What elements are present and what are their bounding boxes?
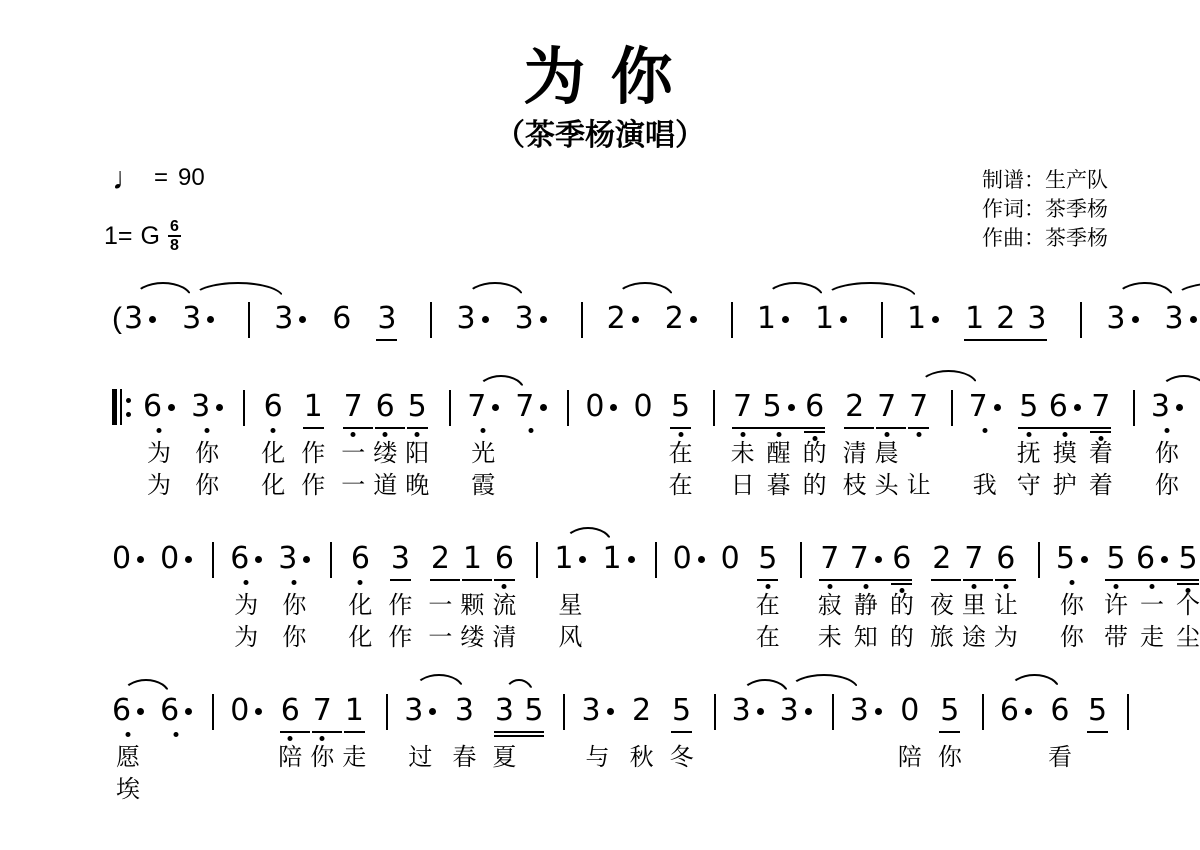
note-number: 6 bbox=[230, 542, 249, 576]
note-number: 6 bbox=[892, 542, 911, 576]
song-title: 为 你 bbox=[0, 42, 1200, 114]
notes-row: (3336333221111233333) bbox=[112, 280, 1200, 350]
note-number: 3 bbox=[1151, 390, 1170, 424]
augmentation-dot bbox=[607, 708, 614, 715]
augmentation-dot bbox=[185, 556, 192, 563]
note: 5你 bbox=[938, 694, 962, 806]
note-number: 6 bbox=[1049, 390, 1068, 424]
note: 6一走 bbox=[1136, 542, 1168, 654]
low-octave-dot bbox=[776, 432, 781, 437]
header-meta: ♩ = 90 1= G 6 8 制谱：生产队 作词：茶季杨 作曲：茶季杨 bbox=[0, 158, 1200, 258]
augmentation-dot bbox=[540, 316, 547, 323]
key-prefix: 1= bbox=[104, 222, 133, 251]
lyric-verse2: 枝 bbox=[843, 470, 867, 502]
note-number: 1 bbox=[907, 302, 926, 336]
note-number: 7 bbox=[969, 390, 988, 424]
music-line-2: 6为为3你你6化化1作作7一一6缕道5阳晚7光霞7005在在7未日5醒暮6的的2… bbox=[112, 368, 1200, 502]
note: 5你你 bbox=[1056, 542, 1088, 654]
lyric-verse1: 你 bbox=[1060, 590, 1084, 622]
note: 5 bbox=[524, 694, 543, 806]
augmentation-dot bbox=[1161, 556, 1168, 563]
low-octave-dot bbox=[899, 588, 904, 593]
tempo-bpm: 90 bbox=[178, 164, 205, 192]
meter-upper: 6 bbox=[168, 218, 181, 237]
augmentation-dot bbox=[788, 404, 795, 411]
underline bbox=[732, 427, 762, 429]
augmentation-dot bbox=[875, 556, 882, 563]
note: 2 bbox=[607, 302, 639, 350]
augmentation-dot bbox=[185, 708, 192, 715]
lyric-verse2: 一 bbox=[341, 470, 365, 502]
note-number: 6 bbox=[1050, 694, 1069, 728]
note-number: 3 bbox=[1027, 302, 1046, 336]
barline bbox=[1038, 542, 1040, 578]
underline bbox=[804, 427, 825, 429]
note-number: 6 bbox=[143, 390, 162, 424]
note-number: 1 bbox=[554, 542, 573, 576]
music-line-4: 6愿埃606陪7你1走3过3春3夏53与2秋5冬3330陪5你66看5 bbox=[112, 672, 1200, 806]
slur-tie bbox=[192, 282, 284, 298]
note-number: 5 bbox=[1178, 542, 1197, 576]
low-octave-dot bbox=[884, 432, 889, 437]
lyric-verse1: 一 bbox=[1140, 590, 1164, 622]
lyric-verse2: 暮 bbox=[767, 470, 791, 502]
low-octave-dot bbox=[740, 432, 745, 437]
note: 6 bbox=[160, 694, 192, 806]
lyric-verse1: 你 bbox=[938, 742, 962, 774]
note-number: 6 bbox=[495, 542, 514, 576]
lyric-verse2: 化 bbox=[261, 470, 285, 502]
note: 2夜旅 bbox=[930, 542, 954, 654]
low-octave-dot bbox=[916, 432, 921, 437]
note: 7静知 bbox=[850, 542, 882, 654]
note-number: 3 bbox=[191, 390, 210, 424]
note-number: 3 bbox=[780, 694, 799, 728]
note-number: 0 bbox=[633, 390, 652, 424]
lyric-verse1: 为 bbox=[234, 590, 258, 622]
note-number: 5 bbox=[524, 694, 543, 728]
note-number: 5 bbox=[763, 390, 782, 424]
note-number: 3 bbox=[377, 302, 396, 336]
note: 1星风 bbox=[554, 542, 586, 654]
barline bbox=[330, 542, 332, 578]
note: 3 bbox=[124, 302, 156, 350]
low-octave-dot bbox=[1113, 584, 1118, 589]
note: 6为为 bbox=[143, 390, 175, 502]
lyric-verse1: 的 bbox=[803, 438, 827, 470]
note: 7里途 bbox=[962, 542, 986, 654]
credit-composer: 作曲：茶季杨 bbox=[982, 224, 1108, 253]
lyric-verse2: 尘 bbox=[1176, 622, 1200, 654]
note: 5个尘 bbox=[1176, 542, 1200, 654]
note: 5在在 bbox=[669, 390, 693, 502]
underline bbox=[494, 735, 524, 737]
underline bbox=[995, 579, 1016, 581]
lyric-verse1: 过 bbox=[408, 742, 432, 774]
lyric-verse1: 醒 bbox=[767, 438, 791, 470]
lyric-verse1: 你 bbox=[282, 590, 306, 622]
music-line-1: (3336333221111233333) bbox=[112, 280, 1200, 350]
underline bbox=[1090, 431, 1111, 433]
underline bbox=[670, 427, 691, 429]
augmentation-dot bbox=[1176, 404, 1183, 411]
note-number: 7 bbox=[313, 694, 332, 728]
lyric-verse2: 在 bbox=[756, 622, 780, 654]
note: 6为为 bbox=[230, 542, 262, 654]
lyric-verse1: 在 bbox=[669, 438, 693, 470]
underline bbox=[494, 731, 524, 733]
lyric-verse2: 道 bbox=[373, 470, 397, 502]
note-number: 3 bbox=[495, 694, 514, 728]
note-number: 0 bbox=[230, 694, 249, 728]
underline bbox=[344, 731, 365, 733]
note: 3 bbox=[1106, 302, 1138, 350]
barline bbox=[731, 302, 733, 338]
lyric-verse1: 陪 bbox=[898, 742, 922, 774]
note-number: 2 bbox=[431, 542, 450, 576]
underline bbox=[1018, 427, 1048, 429]
note: 6摸护 bbox=[1049, 390, 1081, 502]
lyric-verse2: 一 bbox=[428, 622, 452, 654]
slur-tie bbox=[919, 370, 979, 386]
note-number: 2 bbox=[632, 694, 651, 728]
low-octave-dot bbox=[1026, 432, 1031, 437]
note: 0陪 bbox=[898, 694, 922, 806]
lyric-verse2: 在 bbox=[669, 470, 693, 502]
augmentation-dot bbox=[255, 708, 262, 715]
note-number: 6 bbox=[996, 542, 1015, 576]
note-number: 5 bbox=[671, 390, 690, 424]
lyric-verse2: 清 bbox=[492, 622, 516, 654]
lyric-verse2: 你 bbox=[282, 622, 306, 654]
low-octave-dot bbox=[1069, 580, 1074, 585]
note: 5冬 bbox=[670, 694, 694, 806]
low-octave-dot bbox=[481, 428, 486, 433]
underline bbox=[844, 427, 874, 429]
underline bbox=[1090, 427, 1111, 429]
note-number: 3 bbox=[515, 302, 534, 336]
note: 7未日 bbox=[731, 390, 755, 502]
underline bbox=[671, 731, 692, 733]
low-octave-dot bbox=[415, 432, 420, 437]
augmentation-dot bbox=[690, 316, 697, 323]
lyric-verse1: 缕 bbox=[373, 438, 397, 470]
note: 3 bbox=[377, 302, 396, 350]
lyric-verse2: 缕 bbox=[460, 622, 484, 654]
note: 6看 bbox=[1048, 694, 1072, 806]
lyric-verse2: 我 bbox=[973, 470, 997, 502]
slur-tie bbox=[824, 282, 916, 298]
barline bbox=[567, 390, 569, 426]
key-signature: 1= G 6 8 bbox=[104, 218, 181, 254]
barline bbox=[800, 542, 802, 578]
lyric-verse2: 作 bbox=[388, 622, 412, 654]
note-number: 3 bbox=[850, 694, 869, 728]
note: 1 bbox=[602, 542, 634, 654]
credits-block: 制谱：生产队 作词：茶季杨 作曲：茶季杨 bbox=[982, 166, 1108, 253]
note: 3 bbox=[1027, 302, 1046, 350]
note: 3你你 bbox=[278, 542, 310, 654]
low-octave-dot bbox=[126, 732, 131, 737]
augmentation-dot bbox=[1190, 316, 1197, 323]
note-number: 3 bbox=[1165, 302, 1184, 336]
note: 6陪 bbox=[278, 694, 302, 806]
note-number: 1 bbox=[345, 694, 364, 728]
barline bbox=[655, 542, 657, 578]
underline bbox=[312, 731, 342, 733]
note-number: 5 bbox=[672, 694, 691, 728]
augmentation-dot bbox=[632, 316, 639, 323]
augmentation-dot bbox=[579, 556, 586, 563]
lyric-verse1: 静 bbox=[854, 590, 878, 622]
augmentation-dot bbox=[255, 556, 262, 563]
lyric-verse1: 颗 bbox=[460, 590, 484, 622]
lyric-verse1: 你 bbox=[310, 742, 334, 774]
note-number: 0 bbox=[160, 542, 179, 576]
augmentation-dot bbox=[429, 708, 436, 715]
note-number: 5 bbox=[758, 542, 777, 576]
note: 7晨头 bbox=[875, 390, 899, 502]
low-octave-dot bbox=[205, 428, 210, 433]
note-number: 1 bbox=[602, 542, 621, 576]
underline bbox=[1048, 427, 1091, 429]
note-number: 6 bbox=[1000, 694, 1019, 728]
lyric-verse1: 一 bbox=[428, 590, 452, 622]
note-number: 7 bbox=[467, 390, 486, 424]
tempo-marking: ♩ = 90 bbox=[112, 162, 205, 194]
underline bbox=[523, 735, 544, 737]
repeat-start-sign bbox=[112, 390, 131, 424]
lyric-verse1: 化 bbox=[348, 590, 372, 622]
parenthesis: ( bbox=[112, 302, 122, 336]
note: 1作作 bbox=[301, 390, 325, 502]
lyric-verse2: 未 bbox=[818, 622, 842, 654]
key-tonic: G bbox=[141, 222, 160, 251]
note: 3 bbox=[780, 694, 812, 806]
note-number: 5 bbox=[1056, 542, 1075, 576]
note-number: 7 bbox=[1091, 390, 1110, 424]
lyric-verse2: 化 bbox=[348, 622, 372, 654]
note: 3夏 bbox=[492, 694, 516, 806]
note-number: 6 bbox=[1136, 542, 1155, 576]
low-octave-dot bbox=[358, 580, 363, 585]
music-line-3: 006为为3你你6化化3作作2一一1颗缕6流清1星风1005在在7寂未7静知6的… bbox=[112, 520, 1200, 654]
barline bbox=[243, 390, 245, 426]
note-number: 2 bbox=[845, 390, 864, 424]
augmentation-dot bbox=[994, 404, 1001, 411]
note: 7让 bbox=[907, 390, 931, 502]
lyric-verse1: 清 bbox=[843, 438, 867, 470]
note: 3过 bbox=[404, 694, 436, 806]
slur-tie bbox=[122, 679, 170, 695]
lyric-verse1: 看 bbox=[1048, 742, 1072, 774]
lyric-verse2: 走 bbox=[1140, 622, 1164, 654]
lyric-verse1: 秋 bbox=[630, 742, 654, 774]
lyric-verse1: 晨 bbox=[875, 438, 899, 470]
low-octave-dot bbox=[863, 584, 868, 589]
note: 7 bbox=[515, 390, 547, 502]
note-number: 3 bbox=[732, 694, 751, 728]
lyric-verse2: 护 bbox=[1053, 470, 1077, 502]
note: 7光霞 bbox=[467, 390, 499, 502]
lyric-verse1: 作 bbox=[388, 590, 412, 622]
lyric-verse1: 里 bbox=[962, 590, 986, 622]
slur-tie bbox=[616, 282, 674, 298]
underline bbox=[939, 731, 960, 733]
augmentation-dot bbox=[540, 404, 547, 411]
note: 0 bbox=[112, 542, 144, 654]
note: 0 bbox=[673, 542, 705, 654]
slur-tie bbox=[1009, 674, 1060, 690]
augmentation-dot bbox=[149, 316, 156, 323]
sheet-music-page: 为 你 （茶季杨演唱） ♩ = 90 1= G 6 8 制谱：生产队 作词：茶季… bbox=[0, 0, 1200, 850]
underline bbox=[891, 583, 912, 585]
lyric-verse1: 夜 bbox=[930, 590, 954, 622]
note: 3 bbox=[515, 302, 547, 350]
slur-tie bbox=[1174, 282, 1200, 298]
lyric-verse2: 风 bbox=[558, 622, 582, 654]
underline bbox=[908, 427, 929, 429]
barline bbox=[713, 390, 715, 426]
barline bbox=[951, 390, 953, 426]
lyric-verse1: 未 bbox=[731, 438, 755, 470]
underline bbox=[430, 579, 460, 581]
tempo-equals: = bbox=[154, 164, 168, 192]
lyric-verse1: 抚 bbox=[1017, 438, 1041, 470]
note-number: 5 bbox=[1088, 694, 1107, 728]
slur-tie bbox=[789, 674, 859, 690]
low-octave-dot bbox=[1164, 428, 1169, 433]
note-number: 7 bbox=[850, 542, 869, 576]
underline bbox=[931, 579, 961, 581]
lyric-verse2: 途 bbox=[962, 622, 986, 654]
note-number: 3 bbox=[404, 694, 423, 728]
low-octave-dot bbox=[1149, 584, 1154, 589]
lyric-verse2: 为 bbox=[147, 470, 171, 502]
note-number: 3 bbox=[182, 302, 201, 336]
lyric-verse2: 知 bbox=[854, 622, 878, 654]
note: 5抚守 bbox=[1017, 390, 1041, 502]
underline bbox=[963, 579, 993, 581]
note-number: 7 bbox=[877, 390, 896, 424]
low-octave-dot bbox=[320, 736, 325, 741]
lyric-verse2: 着 bbox=[1089, 470, 1113, 502]
quarter-note-icon: ♩ bbox=[112, 162, 144, 194]
credit-arranger: 制谱：生产队 bbox=[982, 166, 1108, 195]
augmentation-dot bbox=[932, 316, 939, 323]
underline bbox=[1087, 731, 1108, 733]
note-number: 5 bbox=[408, 390, 427, 424]
note-number: 2 bbox=[665, 302, 684, 336]
augmentation-dot bbox=[168, 404, 175, 411]
note: 1 bbox=[965, 302, 984, 350]
low-octave-dot bbox=[1003, 584, 1008, 589]
lyric-verse1: 星 bbox=[558, 590, 582, 622]
slur-tie bbox=[477, 375, 525, 391]
augmentation-dot bbox=[782, 316, 789, 323]
note-number: 6 bbox=[264, 390, 283, 424]
barline bbox=[386, 694, 388, 730]
note: 1 bbox=[815, 302, 847, 350]
lyric-verse1: 愿 bbox=[116, 742, 140, 774]
note-number: 1 bbox=[757, 302, 776, 336]
augmentation-dot bbox=[137, 708, 144, 715]
underline bbox=[1177, 579, 1198, 581]
note-number: 1 bbox=[304, 390, 323, 424]
note: 7着着 bbox=[1089, 390, 1113, 502]
barline bbox=[563, 694, 565, 730]
note: 0 bbox=[633, 390, 652, 502]
note: 3春 bbox=[452, 694, 476, 806]
lyric-verse2: 你 bbox=[1155, 470, 1179, 502]
score: (3336333221111233333)6为为3你你6化化1作作7一一6缕道5… bbox=[0, 280, 1200, 806]
note-number: 7 bbox=[344, 390, 363, 424]
lyric-verse2: 你 bbox=[1060, 622, 1084, 654]
note: 3 bbox=[732, 694, 764, 806]
note: 6愿埃 bbox=[112, 694, 144, 806]
underline bbox=[804, 431, 825, 433]
lyric-verse2: 头 bbox=[875, 470, 899, 502]
slur-tie bbox=[766, 282, 824, 298]
note-number: 5 bbox=[1106, 542, 1125, 576]
lyric-verse1: 许 bbox=[1104, 590, 1128, 622]
augmentation-dot bbox=[303, 556, 310, 563]
note-number: 1 bbox=[815, 302, 834, 336]
note-number: 6 bbox=[281, 694, 300, 728]
low-octave-dot bbox=[971, 584, 976, 589]
lyric-verse1: 与 bbox=[586, 742, 610, 774]
note-number: 3 bbox=[278, 542, 297, 576]
lyric-verse1: 春 bbox=[452, 742, 476, 774]
note: 3 bbox=[1165, 302, 1197, 350]
note-number: 7 bbox=[964, 542, 983, 576]
note: 3与 bbox=[581, 694, 613, 806]
underline bbox=[494, 579, 515, 581]
augmentation-dot bbox=[610, 404, 617, 411]
note: 3 bbox=[182, 302, 214, 350]
lyric-verse1: 着 bbox=[1089, 438, 1113, 470]
underline bbox=[995, 339, 1029, 341]
lyric-verse2: 作 bbox=[301, 470, 325, 502]
note: 6化化 bbox=[348, 542, 372, 654]
lyric-verse1: 在 bbox=[756, 590, 780, 622]
note-number: 0 bbox=[900, 694, 919, 728]
note: 0 bbox=[230, 694, 262, 806]
time-signature: 6 8 bbox=[168, 218, 181, 254]
note: 7我 bbox=[969, 390, 1001, 502]
lyric-verse1: 让 bbox=[994, 590, 1018, 622]
lyric-verse1: 走 bbox=[342, 742, 366, 774]
underline bbox=[762, 427, 805, 429]
low-octave-dot bbox=[827, 584, 832, 589]
slur-tie bbox=[414, 674, 465, 690]
underline bbox=[303, 427, 324, 429]
lyric-verse1: 你 bbox=[195, 438, 219, 470]
note: 6缕道 bbox=[373, 390, 397, 502]
low-octave-dot bbox=[351, 432, 356, 437]
note-number: 6 bbox=[160, 694, 179, 728]
note-number: 5 bbox=[940, 694, 959, 728]
low-octave-dot bbox=[1186, 588, 1191, 593]
note: 2 bbox=[996, 302, 1015, 350]
note: 0 bbox=[585, 390, 617, 502]
note: 3 bbox=[274, 302, 306, 350]
underline bbox=[964, 339, 998, 341]
lyric-verse2: 的 bbox=[890, 622, 914, 654]
low-octave-dot bbox=[678, 432, 683, 437]
underline bbox=[819, 579, 849, 581]
lyric-verse2: 埃 bbox=[116, 774, 140, 806]
